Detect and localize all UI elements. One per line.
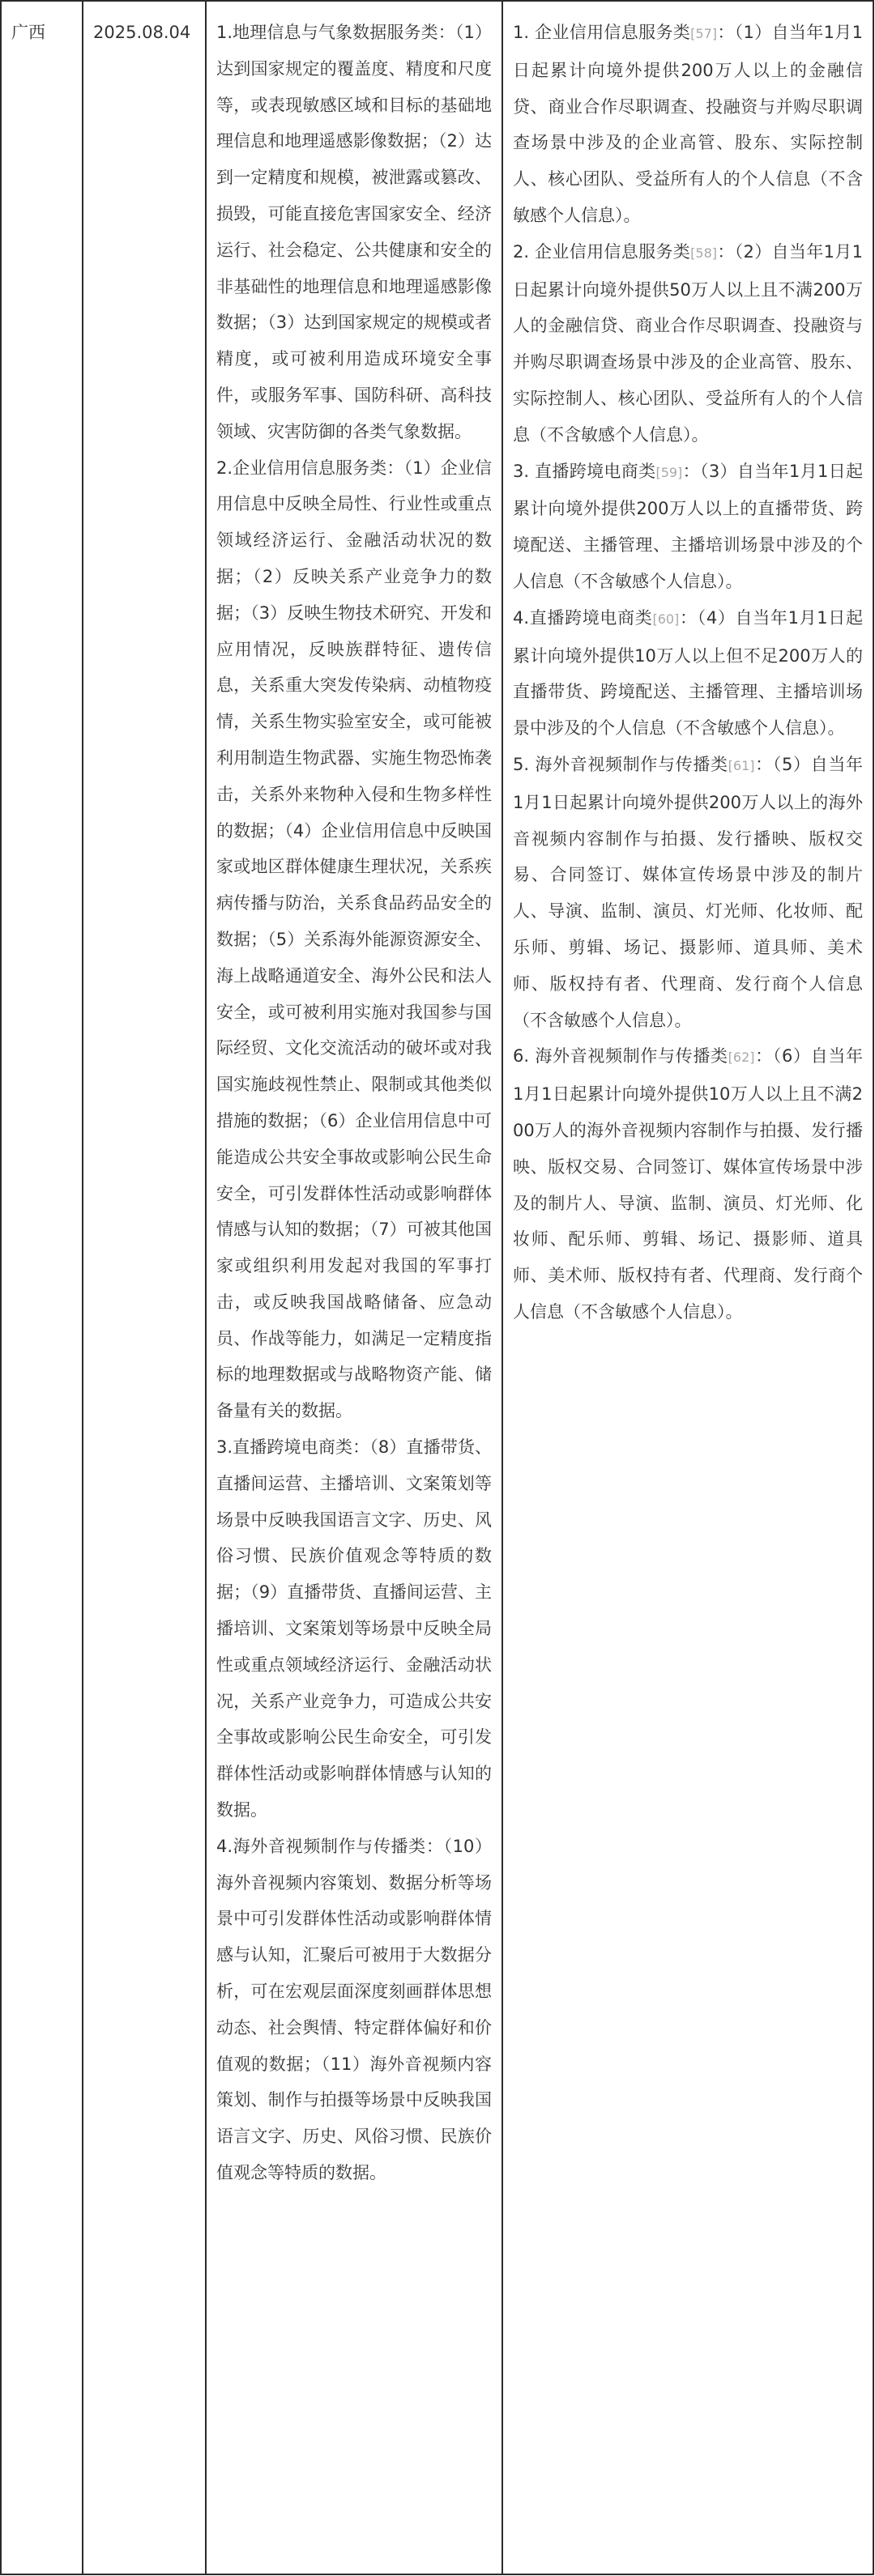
category-body: ：（2）自当年1月1日起累计向境外提供50万人以上且不满200万人的金融信贷、商… <box>513 242 863 445</box>
citation-link[interactable]: [57] <box>690 26 717 41</box>
region-name: 广西 <box>11 15 72 51</box>
general-data-cell: 1. 企业信用信息服务类[57]：（1）自当年1月1日起累计向境外提供200万人… <box>502 1 873 2574</box>
category-label: 4.直播跨境电商类 <box>513 608 652 628</box>
citation-link[interactable]: [62] <box>728 1050 755 1065</box>
citation-link[interactable]: [58] <box>690 245 717 261</box>
general-data-item: 5. 海外音视频制作与传播类[61]：（5）自当年1月1日起累计向境外提供200… <box>513 747 863 1038</box>
citation-link[interactable]: [59] <box>655 465 682 480</box>
important-data-item: 4.海外音视频制作与传播类：（10）海外音视频内容策划、数据分析等场景中可引发群… <box>216 1829 492 2191</box>
general-data-item: 4.直播跨境电商类[60]：（4）自当年1月1日起累计向境外提供10万人以上但不… <box>513 600 863 747</box>
publish-date: 2025.08.04 <box>93 15 195 51</box>
important-data-cell: 1.地理信息与气象数据服务类：（1）达到国家规定的覆盖度、精度和尺度等，或表现敏… <box>206 1 502 2574</box>
general-data-item: 1. 企业信用信息服务类[57]：（1）自当年1月1日起累计向境外提供200万人… <box>513 15 863 234</box>
important-data-item: 2.企业信用信息服务类：（1）企业信用信息中反映全局性、行业性或重点领域经济运行… <box>216 450 492 1430</box>
table-row-guangxi: 广西 2025.08.04 1.地理信息与气象数据服务类：（1）达到国家规定的覆… <box>1 1 873 2574</box>
category-label: 6. 海外音视频制作与传播类 <box>513 1046 728 1066</box>
category-body: ：（6）自当年1月1日起累计向境外提供10万人以上且不满200万人的海外音视频内… <box>513 1046 863 1322</box>
data-catalog-table: 广西 2025.08.04 1.地理信息与气象数据服务类：（1）达到国家规定的覆… <box>0 0 874 2575</box>
important-data-item: 3.直播跨境电商类：（8）直播带货、直播间运营、主播培训、文案策划等场景中反映我… <box>216 1429 492 1829</box>
category-body: ：（5）自当年1月1日起累计向境外提供200万人以上的海外音视频内容制作与拍摄、… <box>513 755 863 1030</box>
category-label: 1. 企业信用信息服务类 <box>513 23 690 42</box>
important-data-item: 1.地理信息与气象数据服务类：（1）达到国家规定的覆盖度、精度和尺度等，或表现敏… <box>216 15 492 450</box>
citation-link[interactable]: [60] <box>652 611 679 627</box>
general-data-item: 2. 企业信用信息服务类[58]：（2）自当年1月1日起累计向境外提供50万人以… <box>513 234 863 453</box>
citation-link[interactable]: [61] <box>728 758 755 773</box>
category-label: 2. 企业信用信息服务类 <box>513 242 690 262</box>
category-label: 3. 直播跨境电商类 <box>513 462 655 481</box>
date-cell: 2025.08.04 <box>83 1 206 2574</box>
region-cell: 广西 <box>1 1 83 2574</box>
category-body: ：（1）自当年1月1日起累计向境外提供200万人以上的金融信贷、商业合作尽职调查… <box>513 23 863 225</box>
general-data-item: 6. 海外音视频制作与传播类[62]：（6）自当年1月1日起累计向境外提供10万… <box>513 1038 863 1330</box>
general-data-item: 3. 直播跨境电商类[59]：（3）自当年1月1日起累计向境外提供200万人以上… <box>513 453 863 600</box>
category-label: 5. 海外音视频制作与传播类 <box>513 755 728 774</box>
